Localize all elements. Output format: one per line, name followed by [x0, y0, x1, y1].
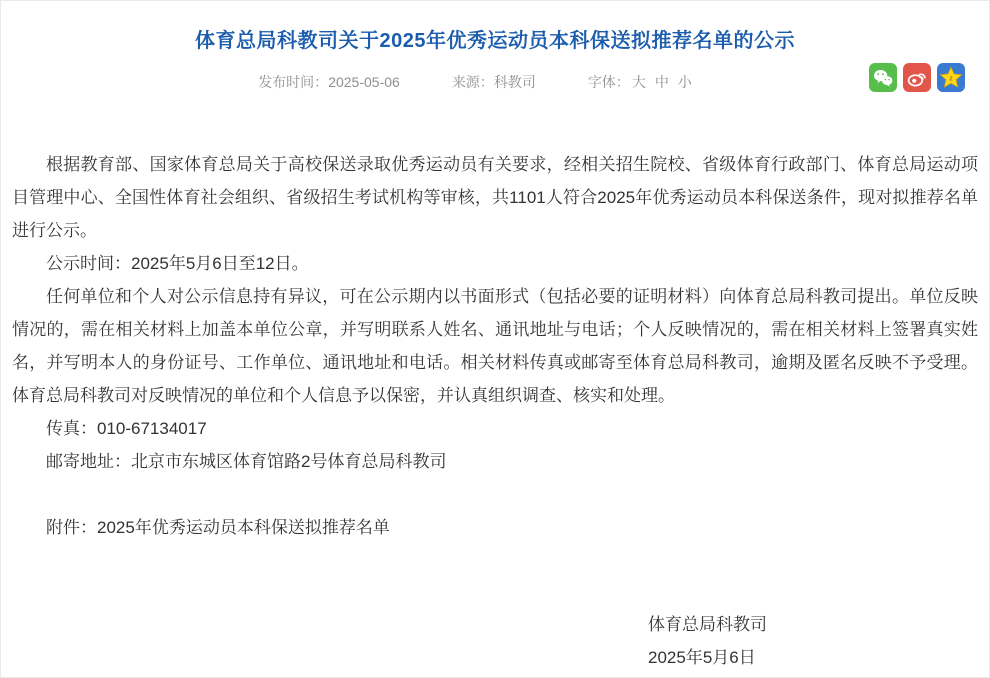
paragraph-objection-procedure: 任何单位和个人对公示信息持有异议，可在公示期内以书面形式（包括必要的证明材料）向… [12, 280, 978, 412]
article-body: 根据教育部、国家体育总局关于高校保送录取优秀运动员有关要求，经相关招生院校、省级… [1, 148, 989, 674]
font-size-large-button[interactable]: 大 [632, 73, 646, 91]
wechat-share-icon[interactable] [869, 63, 897, 92]
publish-date-value: 2025-05-06 [328, 74, 400, 90]
fax-line: 传真：010-67134017 [12, 412, 978, 445]
paragraph-publicity-period: 公示时间：2025年5月6日至12日。 [12, 247, 978, 280]
signature-block: 体育总局科教司 2025年5月6日 [12, 608, 978, 674]
font-size-label: 字体： [588, 74, 630, 90]
qzone-share-icon[interactable]: z [937, 63, 965, 92]
source-label: 来源： [452, 74, 494, 90]
weibo-share-icon[interactable] [903, 63, 931, 92]
announcement-page: 体育总局科教司关于2025年优秀运动员本科保送拟推荐名单的公示 发布时间：202… [0, 0, 990, 678]
signature-org: 体育总局科教司 [648, 608, 978, 641]
publish-date-label: 发布时间： [258, 74, 328, 90]
page-title: 体育总局科教司关于2025年优秀运动员本科保送拟推荐名单的公示 [1, 28, 989, 54]
publish-date: 发布时间：2025-05-06 [258, 73, 400, 91]
mailing-address-line: 邮寄地址：北京市东城区体育馆路2号体育总局科教司 [12, 445, 978, 478]
font-size-medium-button[interactable]: 中 [655, 73, 669, 91]
svg-text:z: z [949, 76, 953, 83]
article-meta-row: 发布时间：2025-05-06 来源：科教司 字体：大中小 [1, 73, 989, 91]
source-value: 科教司 [494, 74, 536, 90]
signature-date: 2025年5月6日 [648, 641, 978, 674]
attachment-link[interactable]: 附件：2025年优秀运动员本科保送拟推荐名单 [12, 511, 978, 544]
font-size-control: 字体：大中小 [588, 73, 692, 91]
share-bar: z [869, 63, 965, 92]
source: 来源：科教司 [452, 73, 536, 91]
paragraph-intro: 根据教育部、国家体育总局关于高校保送录取优秀运动员有关要求，经相关招生院校、省级… [12, 148, 978, 247]
font-size-small-button[interactable]: 小 [678, 73, 692, 91]
